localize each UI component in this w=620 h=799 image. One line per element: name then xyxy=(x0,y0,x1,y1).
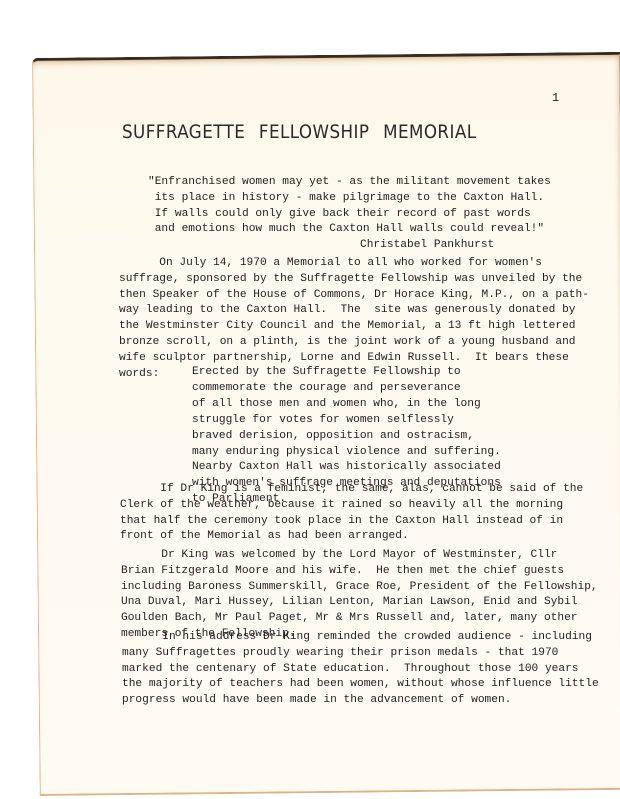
paragraph-unveiling: On July 14, 1970 a Memorial to all who w… xyxy=(119,256,589,382)
paragraph-guests: Dr King was welcomed by the Lord Mayor o… xyxy=(121,548,598,643)
epigraph-attribution: Christabel Pankhurst xyxy=(360,238,494,254)
document-title: SUFFRAGETTE FELLOWSHIP MEMORIAL xyxy=(122,121,476,143)
paragraph-weather: If Dr King is a feminist, the same, alas… xyxy=(120,482,583,545)
epigraph-quote: "Enfranchised women may yet - as the mil… xyxy=(148,175,551,238)
page-number: 1 xyxy=(552,91,559,105)
paragraph-address: In his address Dr King reminded the crow… xyxy=(122,630,599,709)
